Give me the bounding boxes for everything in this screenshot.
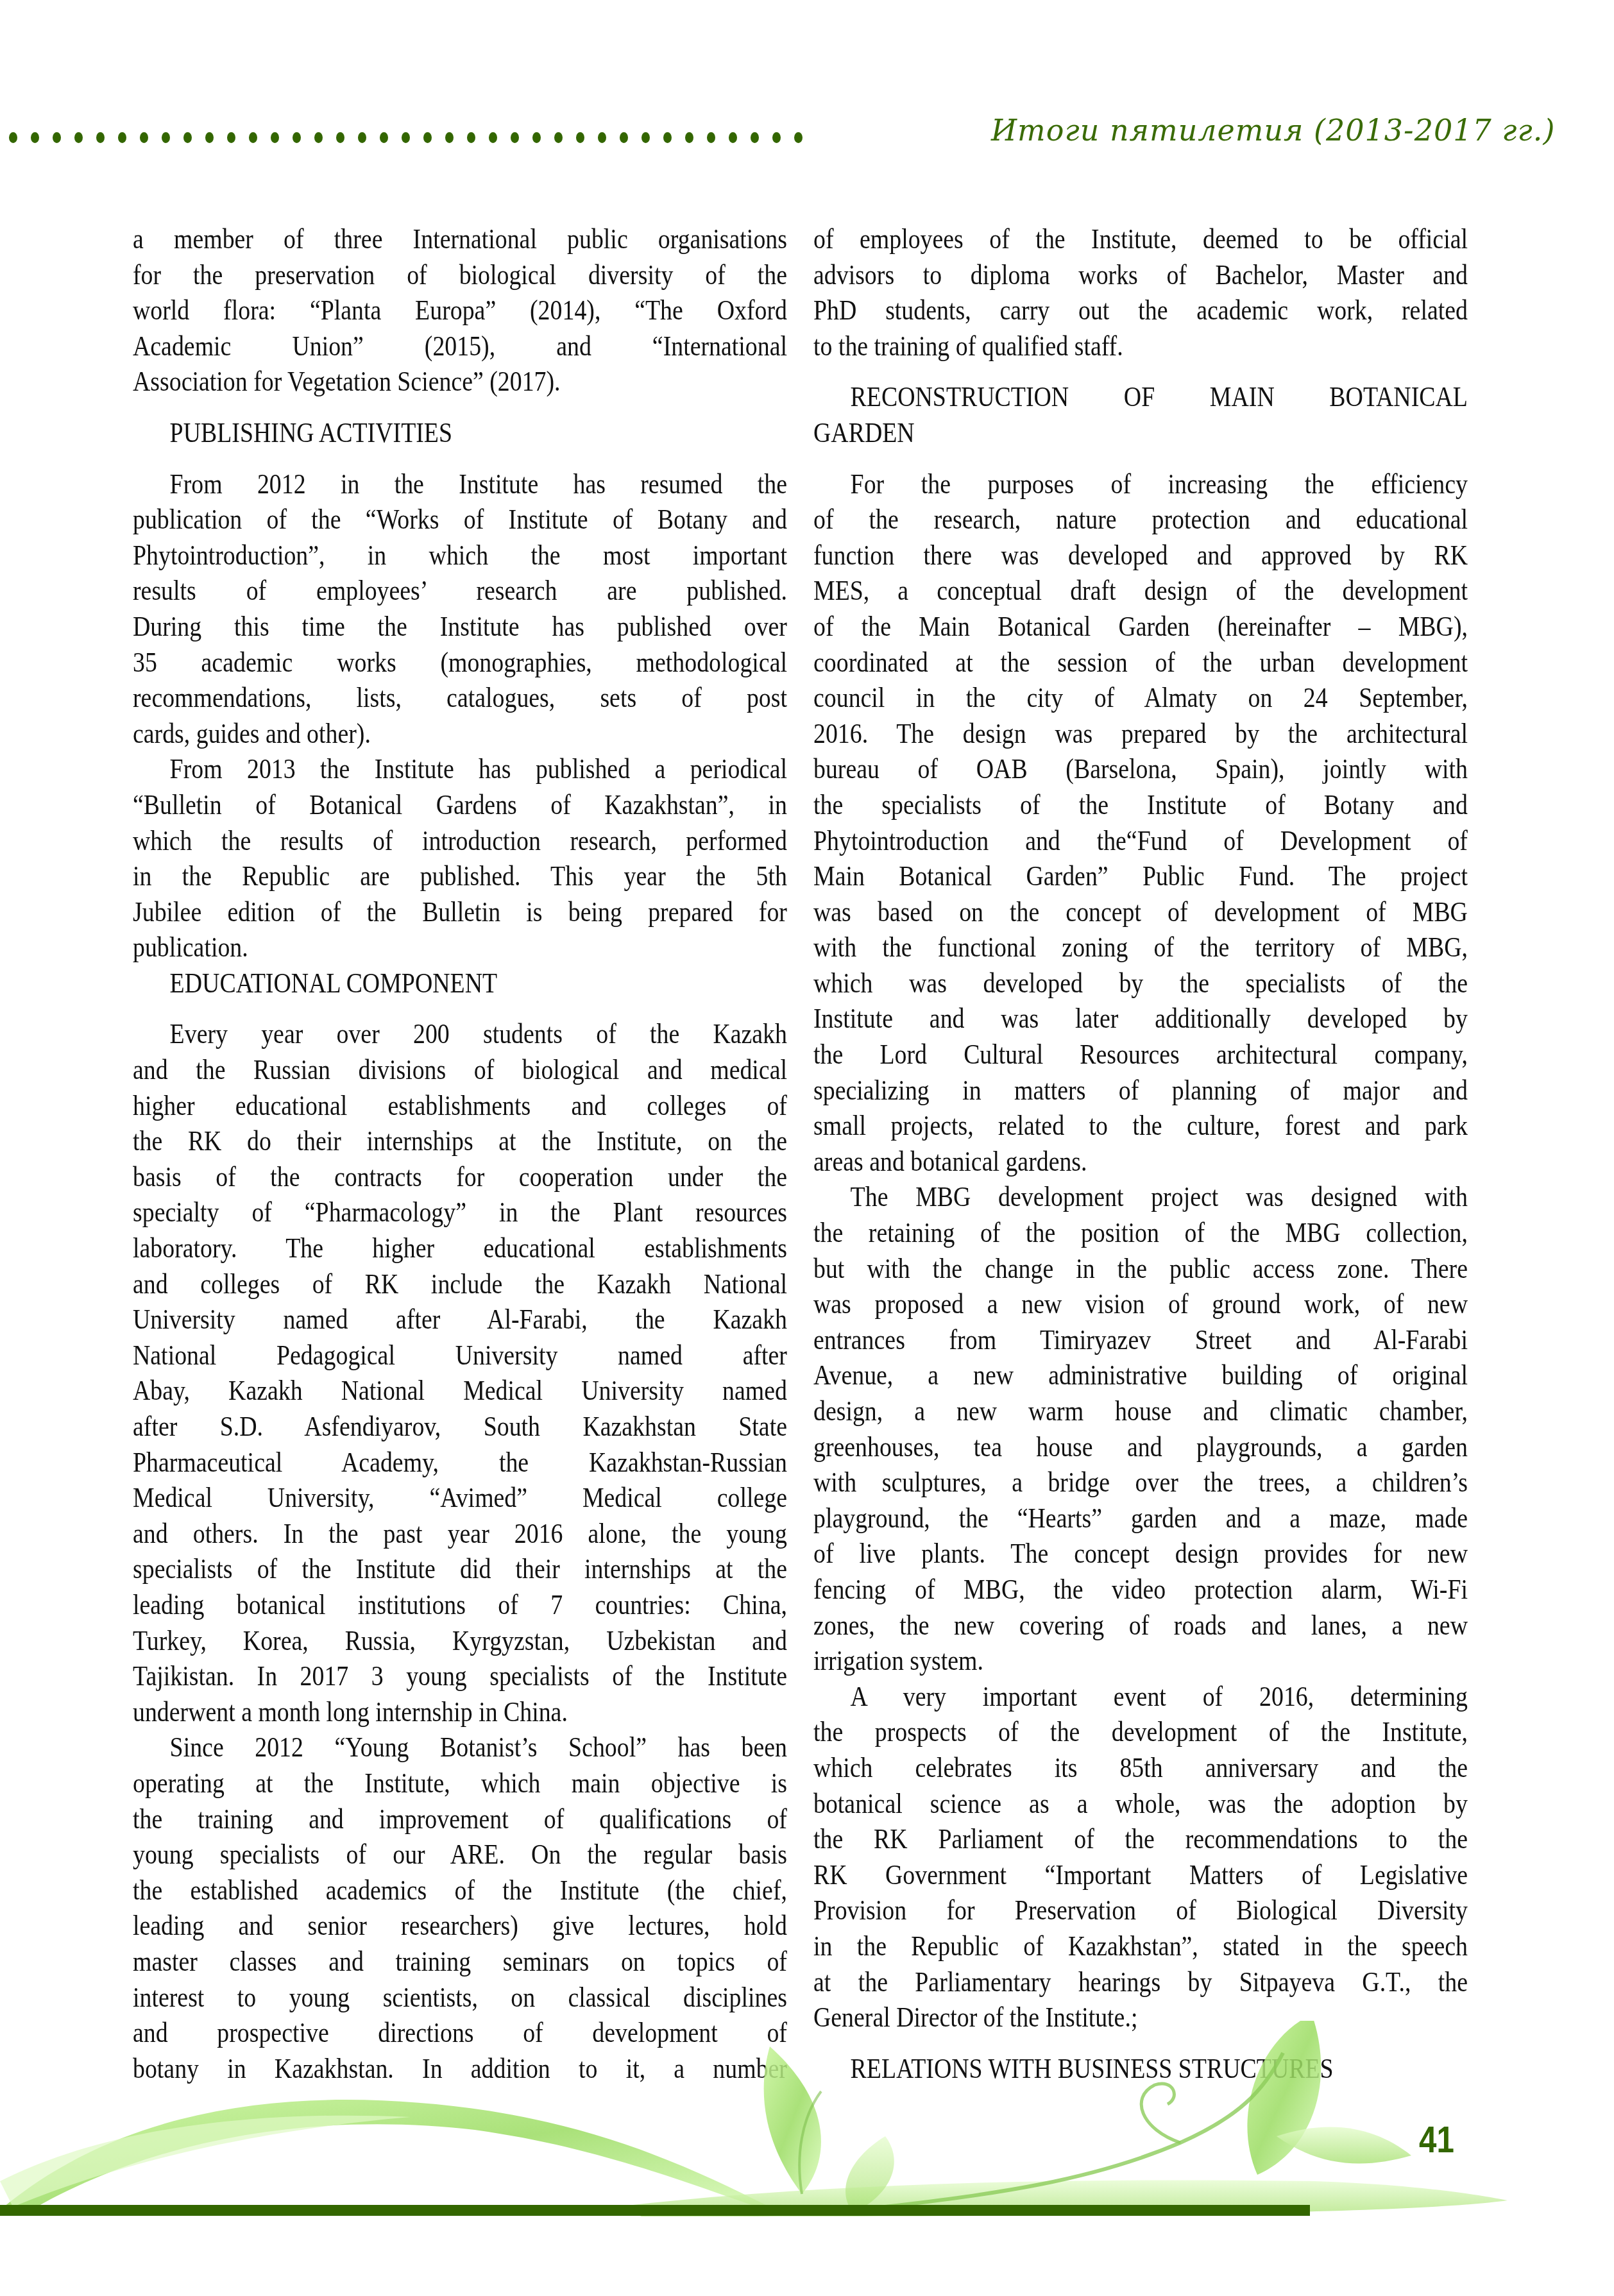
- line-text: leading and senior researchers) give lec…: [133, 1908, 787, 1944]
- right-text-column: of employees of the Institute, deemed to…: [813, 221, 1468, 2086]
- line-text: of the research, nature protection and e…: [813, 502, 1468, 538]
- line-text: RECONSTRUCTION OF MAIN BOTANICAL: [813, 379, 1468, 415]
- text-line: for the preservation of biological diver…: [133, 257, 787, 293]
- text-line: Turkey, Korea, Russia, Kyrgyzstan, Uzbek…: [133, 1623, 787, 1659]
- line-text: zones, the new covering of roads and lan…: [813, 1608, 1468, 1644]
- line-text: From 2012 in the Institute has resumed t…: [133, 466, 787, 502]
- header-dot: [489, 132, 497, 143]
- text-line: of live plants. The concept design provi…: [813, 1536, 1468, 1572]
- header-dot: [707, 132, 715, 143]
- text-line: higher educational establishments and co…: [133, 1088, 787, 1124]
- header-dot: [729, 132, 737, 143]
- line-text: the prospects of the development of the …: [813, 1714, 1468, 1750]
- line-text: small projects, related to the culture, …: [813, 1108, 1468, 1144]
- text-line: fencing of MBG, the video protection ala…: [813, 1572, 1468, 1608]
- text-line: which celebrates its 85th anniversary an…: [813, 1750, 1468, 1786]
- line-text: the RK do their internships at the Insti…: [133, 1123, 787, 1159]
- line-text: Every year over 200 students of the Kaza…: [133, 1016, 787, 1052]
- text-line: and the Russian divisions of biological …: [133, 1052, 787, 1088]
- header-dot: [227, 132, 235, 143]
- text-line: of employees of the Institute, deemed to…: [813, 221, 1468, 257]
- header-dot: [96, 132, 105, 143]
- line-text: with sculptures, a bridge over the trees…: [813, 1465, 1468, 1501]
- line-text: 35 academic works (monographies, methodo…: [133, 645, 787, 681]
- text-line: National Pedagogical University named af…: [133, 1338, 787, 1373]
- text-line: Medical University, “Avimed” Medical col…: [133, 1480, 787, 1516]
- text-line: A very important event of 2016, determin…: [813, 1679, 1468, 1715]
- header-dot: [314, 132, 323, 143]
- text-line: From 2013 the Institute has published a …: [133, 751, 787, 787]
- header-dot: [532, 132, 541, 143]
- text-line: was proposed a new vision of ground work…: [813, 1286, 1468, 1322]
- text-line: From 2012 in the Institute has resumed t…: [133, 466, 787, 502]
- line-text: MES, a conceptual draft design of the de…: [813, 573, 1468, 609]
- header-dot: [445, 132, 454, 143]
- header-dot: [183, 132, 192, 143]
- line-text: cards, guides and other).: [133, 716, 787, 752]
- text-line: RECONSTRUCTION OF MAIN BOTANICAL: [813, 379, 1468, 415]
- header-dot: [205, 132, 214, 143]
- line-text: Pharmaceutical Academy, the Kazakhstan-R…: [133, 1445, 787, 1481]
- text-line: specializing in matters of planning of m…: [813, 1073, 1468, 1109]
- line-text: PUBLISHING ACTIVITIES: [133, 415, 787, 451]
- header-dot: [794, 132, 803, 143]
- line-text: fencing of MBG, the video protection ala…: [813, 1572, 1468, 1608]
- line-text: young specialists of our ARE. On the reg…: [133, 1837, 787, 1873]
- line-text: specialists of the Institute did their i…: [133, 1551, 787, 1587]
- line-text: Institute and was later additionally dev…: [813, 1001, 1468, 1037]
- text-line: cards, guides and other).: [133, 716, 787, 752]
- line-text: basis of the contracts for cooperation u…: [133, 1159, 787, 1195]
- text-line: and colleges of RK include the Kazakh Na…: [133, 1266, 787, 1302]
- line-text: and the Russian divisions of biological …: [133, 1052, 787, 1088]
- line-text: higher educational establishments and co…: [133, 1088, 787, 1124]
- leaf-vine-decoration: [0, 2021, 1614, 2296]
- header-dot: [554, 132, 563, 143]
- line-text: Phytointroduction”, in which the most im…: [133, 538, 787, 574]
- text-line: after S.D. Asfendiyarov, South Kazakhsta…: [133, 1409, 787, 1445]
- paragraph-gap: [133, 1001, 787, 1016]
- line-text: RK Government “Important Matters of Legi…: [813, 1857, 1468, 1893]
- text-line: greenhouses, tea house and playgrounds, …: [813, 1429, 1468, 1465]
- text-line: playground, the “Hearts” garden and a ma…: [813, 1501, 1468, 1536]
- line-text: During this time the Institute has publi…: [133, 609, 787, 645]
- line-text: playground, the “Hearts” garden and a ma…: [813, 1501, 1468, 1536]
- line-text: Medical University, “Avimed” Medical col…: [133, 1480, 787, 1516]
- line-text: bureau of OAB (Barselona, Spain), jointl…: [813, 751, 1468, 787]
- line-text: which was developed by the specialists o…: [813, 965, 1468, 1001]
- text-line: RK Government “Important Matters of Legi…: [813, 1857, 1468, 1893]
- header-dot: [423, 132, 432, 143]
- text-line: 2016. The design was prepared by the arc…: [813, 716, 1468, 752]
- line-text: was proposed a new vision of ground work…: [813, 1286, 1468, 1322]
- footer-bar: [0, 2205, 1310, 2216]
- header-dot: [511, 132, 519, 143]
- header-dot: [402, 132, 410, 143]
- header-dot: [751, 132, 759, 143]
- header-dot-row: [9, 132, 803, 143]
- text-line: leading botanical institutions of 7 coun…: [133, 1587, 787, 1623]
- section-heading: GARDEN: [813, 415, 1468, 451]
- line-text: botanical science as a whole, was the ad…: [813, 1786, 1468, 1822]
- header-dot: [685, 132, 693, 143]
- text-line: zones, the new covering of roads and lan…: [813, 1608, 1468, 1644]
- text-line: Institute and was later additionally dev…: [813, 1001, 1468, 1037]
- line-text: the retaining of the position of the MBG…: [813, 1215, 1468, 1251]
- text-line: publication of the “Works of Institute o…: [133, 502, 787, 538]
- text-line: The MBG development project was designed…: [813, 1179, 1468, 1215]
- paragraph-gap: [133, 451, 787, 466]
- line-text: PhD students, carry out the academic wor…: [813, 293, 1468, 328]
- line-text: master classes and training seminars on …: [133, 1944, 787, 1980]
- line-text: irrigation system.: [813, 1643, 1468, 1679]
- text-line: to the training of qualified staff.: [813, 328, 1468, 364]
- text-line: world flora: “Planta Europa” (2014), “Th…: [133, 293, 787, 328]
- line-text: greenhouses, tea house and playgrounds, …: [813, 1429, 1468, 1465]
- text-line: Provision for Preservation of Biological…: [813, 1892, 1468, 1928]
- text-line: Phytointroduction”, in which the most im…: [133, 538, 787, 574]
- text-line: council in the city of Almaty on 24 Sept…: [813, 680, 1468, 716]
- line-text: For the purposes of increasing the effic…: [813, 466, 1468, 502]
- text-line: underwent a month long internship in Chi…: [133, 1694, 787, 1730]
- line-text: a member of three International public o…: [133, 221, 787, 257]
- line-text: the training and improvement of qualific…: [133, 1801, 787, 1837]
- line-text: coordinated at the session of the urban …: [813, 645, 1468, 681]
- text-line: a member of three International public o…: [133, 221, 787, 257]
- line-text: areas and botanical gardens.: [813, 1144, 1468, 1180]
- line-text: of the Main Botanical Garden (hereinafte…: [813, 609, 1468, 645]
- text-line: leading and senior researchers) give lec…: [133, 1908, 787, 1944]
- text-line: coordinated at the session of the urban …: [813, 645, 1468, 681]
- text-line: advisors to diploma works of Bachelor, M…: [813, 257, 1468, 293]
- line-text: and others. In the past year 2016 alone,…: [133, 1516, 787, 1552]
- line-text: GARDEN: [813, 415, 1468, 451]
- line-text: advisors to diploma works of Bachelor, M…: [813, 257, 1468, 293]
- line-text: “Bulletin of Botanical Gardens of Kazakh…: [133, 787, 787, 823]
- line-text: and colleges of RK include the Kazakh Na…: [133, 1266, 787, 1302]
- header-dot: [118, 132, 126, 143]
- text-line: small projects, related to the culture, …: [813, 1108, 1468, 1144]
- text-line: “Bulletin of Botanical Gardens of Kazakh…: [133, 787, 787, 823]
- text-line: areas and botanical gardens.: [813, 1144, 1468, 1180]
- line-text: leading botanical institutions of 7 coun…: [133, 1587, 787, 1623]
- text-line: which was developed by the specialists o…: [813, 965, 1468, 1001]
- text-line: was based on the concept of development …: [813, 894, 1468, 930]
- line-text: interest to young scientists, on classic…: [133, 1980, 787, 2016]
- line-text: which the results of introduction resear…: [133, 823, 787, 859]
- text-line: interest to young scientists, on classic…: [133, 1980, 787, 2016]
- text-line: basis of the contracts for cooperation u…: [133, 1159, 787, 1195]
- line-text: 2016. The design was prepared by the arc…: [813, 716, 1468, 752]
- header-dot: [772, 132, 781, 143]
- line-text: at the Parliamentary hearings by Sitpaye…: [813, 1964, 1468, 2000]
- text-line: 35 academic works (monographies, methodo…: [133, 645, 787, 681]
- text-line: with sculptures, a bridge over the trees…: [813, 1465, 1468, 1501]
- text-line: which the results of introduction resear…: [133, 823, 787, 859]
- paragraph-gap: [813, 451, 1468, 466]
- line-text: of live plants. The concept design provi…: [813, 1536, 1468, 1572]
- header-dot: [293, 132, 301, 143]
- header-dot: [576, 132, 584, 143]
- text-line: entrances from Timiryazev Street and Al-…: [813, 1322, 1468, 1358]
- line-text: with the functional zoning of the territ…: [813, 930, 1468, 965]
- line-text: From 2013 the Institute has published a …: [133, 751, 787, 787]
- header-dot: [336, 132, 344, 143]
- line-text: specialty of “Pharmacology” in the Plant…: [133, 1195, 787, 1230]
- header-dot: [271, 132, 279, 143]
- line-text: after S.D. Asfendiyarov, South Kazakhsta…: [133, 1409, 787, 1445]
- line-text: EDUCATIONAL COMPONENT: [133, 965, 787, 1001]
- line-text: was based on the concept of development …: [813, 894, 1468, 930]
- line-text: function there was developed and approve…: [813, 538, 1468, 574]
- line-text: Avenue, a new administrative building of…: [813, 1357, 1468, 1393]
- line-text: design, a new warm house and climatic ch…: [813, 1393, 1468, 1429]
- text-line: Tajikistan. In 2017 3 young specialists …: [133, 1658, 787, 1694]
- text-line: Jubilee edition of the Bulletin is being…: [133, 894, 787, 930]
- header-dot: [620, 132, 628, 143]
- text-line: botanical science as a whole, was the ad…: [813, 1786, 1468, 1822]
- header-dot: [9, 132, 17, 143]
- text-line: For the purposes of increasing the effic…: [813, 466, 1468, 502]
- header-dot: [358, 132, 366, 143]
- text-line: Every year over 200 students of the Kaza…: [133, 1016, 787, 1052]
- text-line: During this time the Institute has publi…: [133, 609, 787, 645]
- line-text: the established academics of the Institu…: [133, 1873, 787, 1909]
- text-line: function there was developed and approve…: [813, 538, 1468, 574]
- text-line: but with the change in the public access…: [813, 1251, 1468, 1287]
- line-text: National Pedagogical University named af…: [133, 1338, 787, 1373]
- text-line: of the research, nature protection and e…: [813, 502, 1468, 538]
- text-line: design, a new warm house and climatic ch…: [813, 1393, 1468, 1429]
- text-line: the prospects of the development of the …: [813, 1714, 1468, 1750]
- header-dot: [467, 132, 475, 143]
- line-text: University named after Al-Farabi, the Ka…: [133, 1302, 787, 1338]
- line-text: to the training of qualified staff.: [813, 328, 1468, 364]
- line-text: A very important event of 2016, determin…: [813, 1679, 1468, 1715]
- text-line: with the functional zoning of the territ…: [813, 930, 1468, 965]
- line-text: which celebrates its 85th anniversary an…: [813, 1750, 1468, 1786]
- text-line: Phytointroduction and the“Fund of Develo…: [813, 823, 1468, 859]
- line-text: recommendations, lists, catalogues, sets…: [133, 680, 787, 716]
- text-line: Avenue, a new administrative building of…: [813, 1357, 1468, 1393]
- line-text: for the preservation of biological diver…: [133, 257, 787, 293]
- text-line: in the Republic are published. This year…: [133, 858, 787, 894]
- header-dot: [74, 132, 83, 143]
- text-line: the RK Parliament of the recommendations…: [813, 1821, 1468, 1857]
- line-text: the Lord Cultural Resources architectura…: [813, 1037, 1468, 1073]
- line-text: Provision for Preservation of Biological…: [813, 1892, 1468, 1928]
- page-number: 41: [1419, 2118, 1454, 2161]
- header-dot: [53, 132, 61, 143]
- line-text: Association for Vegetation Science” (201…: [133, 364, 787, 400]
- text-line: Academic Union” (2015), and “Internation…: [133, 328, 787, 364]
- text-line: the established academics of the Institu…: [133, 1873, 787, 1909]
- line-text: Abay, Kazakh National Medical University…: [133, 1373, 787, 1409]
- line-text: Main Botanical Garden” Public Fund. The …: [813, 858, 1468, 894]
- line-text: The MBG development project was designed…: [813, 1179, 1468, 1215]
- text-line: Abay, Kazakh National Medical University…: [133, 1373, 787, 1409]
- line-text: results of employees’ research are publi…: [133, 573, 787, 609]
- header-dot: [140, 132, 148, 143]
- line-text: world flora: “Planta Europa” (2014), “Th…: [133, 293, 787, 328]
- line-text: but with the change in the public access…: [813, 1251, 1468, 1287]
- line-text: Jubilee edition of the Bulletin is being…: [133, 894, 787, 930]
- line-text: publication.: [133, 930, 787, 965]
- text-line: operating at the Institute, which main o…: [133, 1765, 787, 1801]
- text-line: PhD students, carry out the academic wor…: [813, 293, 1468, 328]
- text-line: results of employees’ research are publi…: [133, 573, 787, 609]
- text-line: at the Parliamentary hearings by Sitpaye…: [813, 1964, 1468, 2000]
- text-line: laboratory. The higher educational estab…: [133, 1230, 787, 1266]
- text-line: and others. In the past year 2016 alone,…: [133, 1516, 787, 1552]
- line-text: underwent a month long internship in Chi…: [133, 1694, 787, 1730]
- text-line: Since 2012 “Young Botanist’s School” has…: [133, 1730, 787, 1765]
- line-text: Academic Union” (2015), and “Internation…: [133, 328, 787, 364]
- line-text: publication of the “Works of Institute o…: [133, 502, 787, 538]
- paragraph-gap: [133, 400, 787, 415]
- text-line: MES, a conceptual draft design of the de…: [813, 573, 1468, 609]
- header-dot: [162, 132, 170, 143]
- header-dot: [663, 132, 672, 143]
- line-text: the RK Parliament of the recommendations…: [813, 1821, 1468, 1857]
- line-text: laboratory. The higher educational estab…: [133, 1230, 787, 1266]
- text-line: the RK do their internships at the Insti…: [133, 1123, 787, 1159]
- text-line: publication.: [133, 930, 787, 965]
- line-text: entrances from Timiryazev Street and Al-…: [813, 1322, 1468, 1358]
- line-text: Since 2012 “Young Botanist’s School” has…: [133, 1730, 787, 1765]
- text-line: of the Main Botanical Garden (hereinafte…: [813, 609, 1468, 645]
- text-line: young specialists of our ARE. On the reg…: [133, 1837, 787, 1873]
- text-line: Association for Vegetation Science” (201…: [133, 364, 787, 400]
- header-dot: [598, 132, 606, 143]
- text-line: the Lord Cultural Resources architectura…: [813, 1037, 1468, 1073]
- header-dot: [31, 132, 39, 143]
- line-text: in the Republic are published. This year…: [133, 858, 787, 894]
- running-header-title: Итоги пятилетия (2013-2017 гг.): [991, 113, 1555, 148]
- section-heading: EDUCATIONAL COMPONENT: [133, 965, 787, 1001]
- text-line: specialty of “Pharmacology” in the Plant…: [133, 1195, 787, 1230]
- line-text: Phytointroduction and the“Fund of Develo…: [813, 823, 1468, 859]
- text-line: irrigation system.: [813, 1643, 1468, 1679]
- line-text: specializing in matters of planning of m…: [813, 1073, 1468, 1109]
- paragraph-gap: [813, 364, 1468, 379]
- text-line: the training and improvement of qualific…: [133, 1801, 787, 1837]
- line-text: of employees of the Institute, deemed to…: [813, 221, 1468, 257]
- line-text: operating at the Institute, which main o…: [133, 1765, 787, 1801]
- section-heading: PUBLISHING ACTIVITIES: [133, 415, 787, 451]
- left-text-column: a member of three International public o…: [133, 221, 787, 2086]
- line-text: in the Republic of Kazakhstan”, stated i…: [813, 1928, 1468, 1964]
- text-line: the specialists of the Institute of Bota…: [813, 787, 1468, 823]
- text-line: specialists of the Institute did their i…: [133, 1551, 787, 1587]
- line-text: Turkey, Korea, Russia, Kyrgyzstan, Uzbek…: [133, 1623, 787, 1659]
- text-line: the retaining of the position of the MBG…: [813, 1215, 1468, 1251]
- line-text: council in the city of Almaty on 24 Sept…: [813, 680, 1468, 716]
- line-text: the specialists of the Institute of Bota…: [813, 787, 1468, 823]
- text-line: University named after Al-Farabi, the Ka…: [133, 1302, 787, 1338]
- text-line: bureau of OAB (Barselona, Spain), jointl…: [813, 751, 1468, 787]
- text-line: Main Botanical Garden” Public Fund. The …: [813, 858, 1468, 894]
- text-line: in the Republic of Kazakhstan”, stated i…: [813, 1928, 1468, 1964]
- line-text: Tajikistan. In 2017 3 young specialists …: [133, 1658, 787, 1694]
- text-line: Pharmaceutical Academy, the Kazakhstan-R…: [133, 1445, 787, 1481]
- text-line: master classes and training seminars on …: [133, 1944, 787, 1980]
- header-dot: [249, 132, 257, 143]
- header-dot: [641, 132, 650, 143]
- header-dot: [380, 132, 388, 143]
- text-line: recommendations, lists, catalogues, sets…: [133, 680, 787, 716]
